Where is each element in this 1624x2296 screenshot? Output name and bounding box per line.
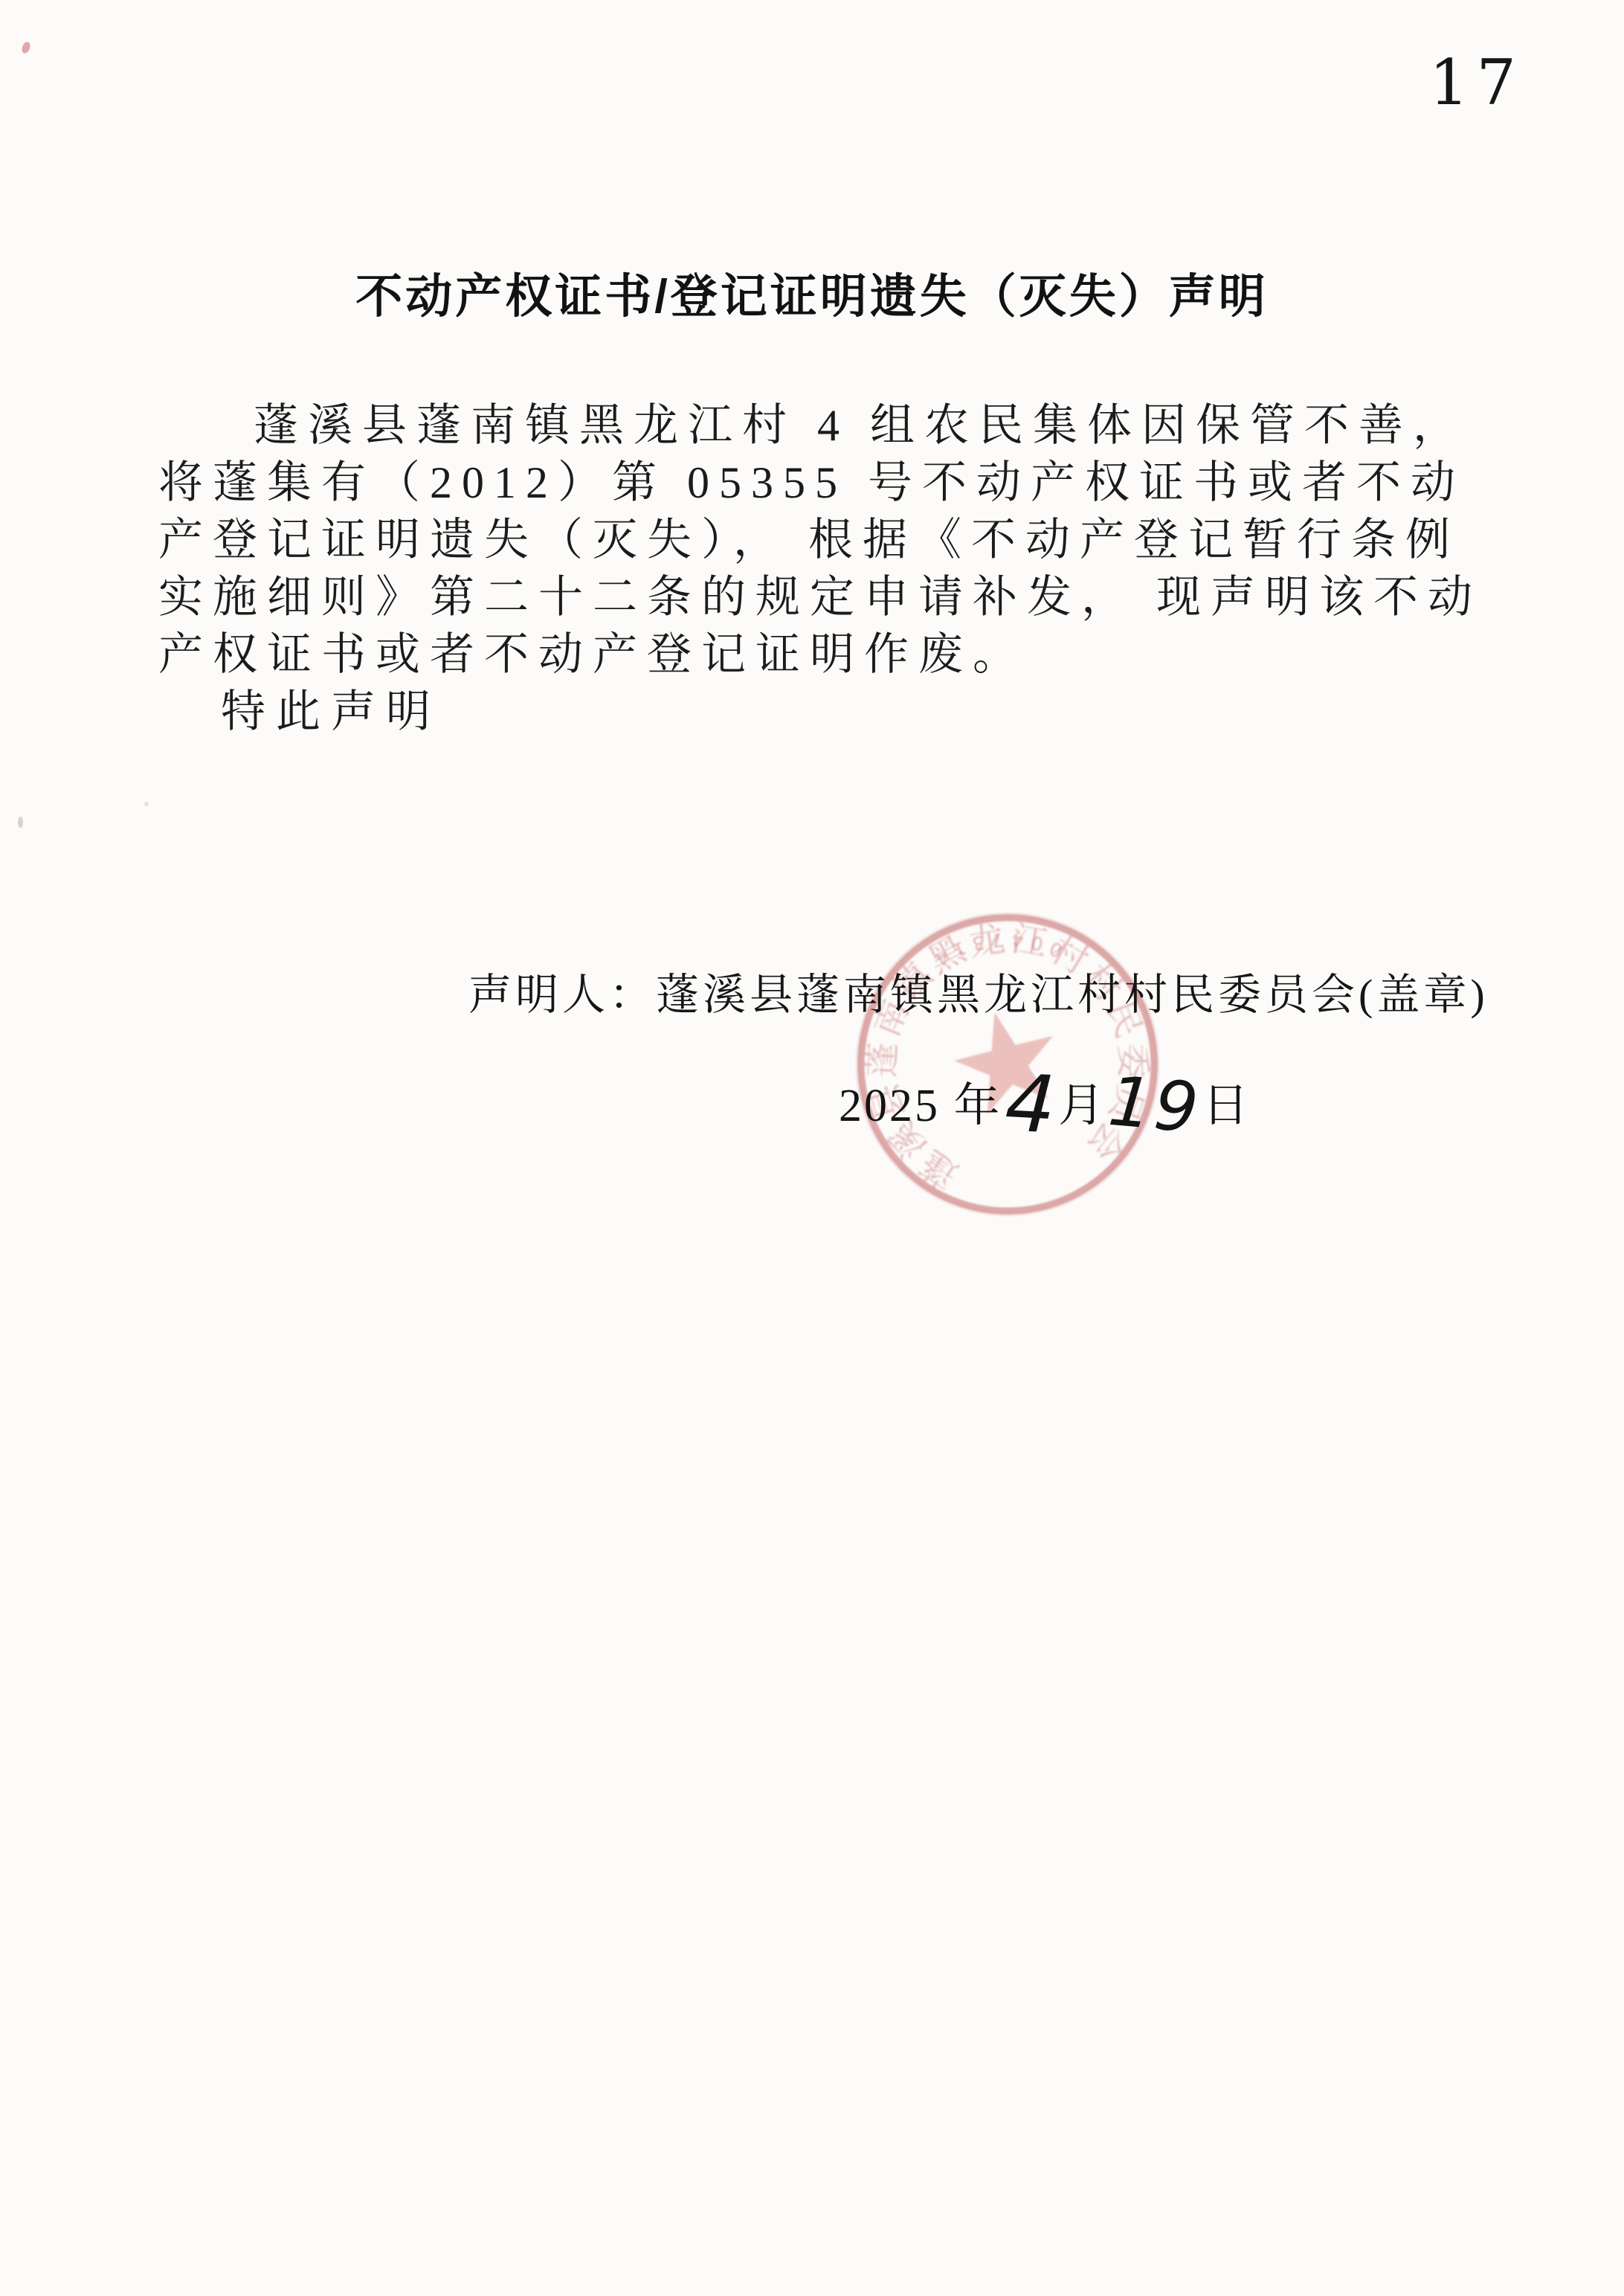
document-title: 不动产权证书/登记证明遗失（灭失）声明 [0, 259, 1624, 327]
body-line: 实施细则》第二十二条的规定申请补发， 现声明该不动 [158, 569, 1489, 626]
date-day-label: 日 [1202, 1081, 1251, 1131]
scan-artifact [21, 41, 32, 54]
document-body: 蓬溪县蓬南镇黑龙江村 4 组农民集体因保管不善， 将蓬集有（2012）第 053… [158, 397, 1489, 741]
page-number: 17 [1429, 46, 1524, 119]
declarant-signature-line: 声明人：蓬溪县蓬南镇黑龙江村村民委员会(盖章) [468, 959, 1489, 1022]
date-line: 2025 年4月19日 [839, 1068, 1251, 1134]
body-line: 产权证书或者不动产登记证明作废。 [158, 626, 1489, 684]
body-line: 产登记证明遗失（灭失）， 根据《不动产登记暂行条例 [158, 512, 1489, 569]
scan-artifact [18, 817, 23, 828]
date-day-handwritten: 19 [1109, 1102, 1200, 1110]
body-line: 蓬溪县蓬南镇黑龙江村 4 组农民集体因保管不善， [158, 397, 1489, 454]
date-month-label: 月 [1058, 1081, 1106, 1131]
date-year-printed: 2025 年 [839, 1081, 1002, 1131]
body-line: 将蓬集有（2012）第 05355 号不动产权证书或者不动 [158, 454, 1489, 512]
closing-statement: 特此声明 [158, 684, 1489, 741]
scanned-document-page: 17 不动产权证书/登记证明遗失（灭失）声明 蓬溪县蓬南镇黑龙江村 4 组农民集… [0, 0, 1624, 2296]
date-month-handwritten: 4 [1005, 1103, 1057, 1106]
scan-artifact [144, 802, 149, 806]
